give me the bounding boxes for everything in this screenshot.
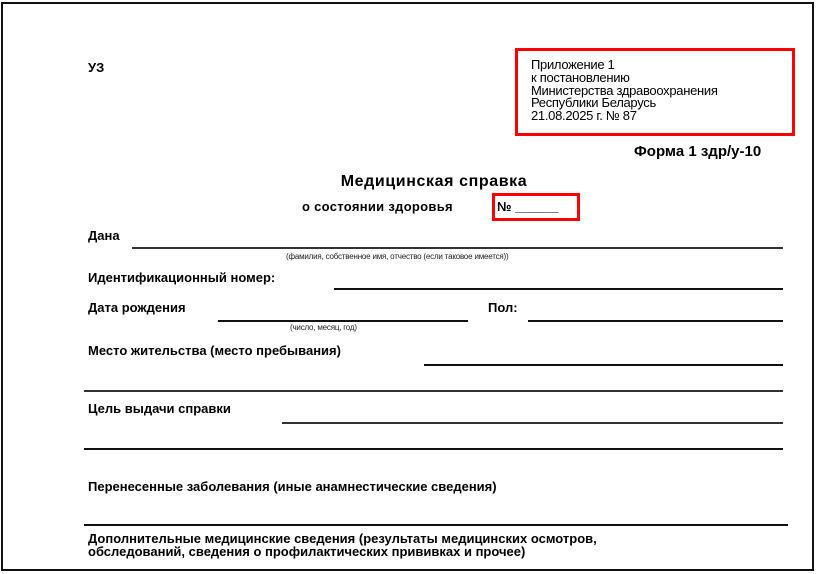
additional-info-label-line2: обследований, сведения о профилактически… — [88, 545, 597, 558]
id-number-input-line[interactable] — [334, 288, 783, 290]
birth-date-input-line[interactable] — [218, 320, 468, 322]
sex-label: Пол: — [488, 300, 518, 315]
document-subtitle: о состоянии здоровья — [302, 199, 453, 214]
residence-input-line-2[interactable] — [84, 390, 783, 392]
past-diseases-label: Перенесенные заболевания (иные анамнести… — [88, 479, 497, 494]
sex-input-line[interactable] — [528, 320, 783, 322]
institution-label: УЗ — [88, 60, 104, 75]
certificate-number-field[interactable]: № ______ — [497, 199, 558, 214]
annex-line: к постановлению — [531, 71, 718, 84]
residence-label: Место жительства (место пребывания) — [88, 343, 341, 358]
id-number-label: Идентификационный номер: — [88, 270, 275, 285]
issued-to-label: Дана — [88, 228, 120, 243]
issued-to-input-line[interactable] — [132, 247, 783, 249]
additional-info-label: Дополнительные медицинские сведения (рез… — [88, 532, 597, 558]
purpose-input-line-2[interactable] — [84, 448, 783, 450]
issued-to-hint: (фамилия, собственное имя, отчество (есл… — [286, 252, 509, 261]
past-diseases-input-line[interactable] — [84, 524, 788, 526]
purpose-input-line[interactable] — [282, 422, 783, 424]
annex-line: 21.08.2025 г. № 87 — [531, 109, 718, 122]
birth-date-hint: (число, месяц, год) — [290, 323, 357, 332]
document-title: Медицинская справка — [0, 173, 818, 191]
annex-line: Приложение 1 — [531, 58, 718, 71]
annex-reference: Приложение 1 к постановлению Министерств… — [531, 58, 718, 122]
residence-input-line[interactable] — [424, 364, 783, 366]
birth-date-label: Дата рождения — [88, 300, 186, 315]
purpose-label: Цель выдачи справки — [88, 401, 231, 416]
form-name: Форма 1 здр/у-10 — [634, 143, 761, 160]
